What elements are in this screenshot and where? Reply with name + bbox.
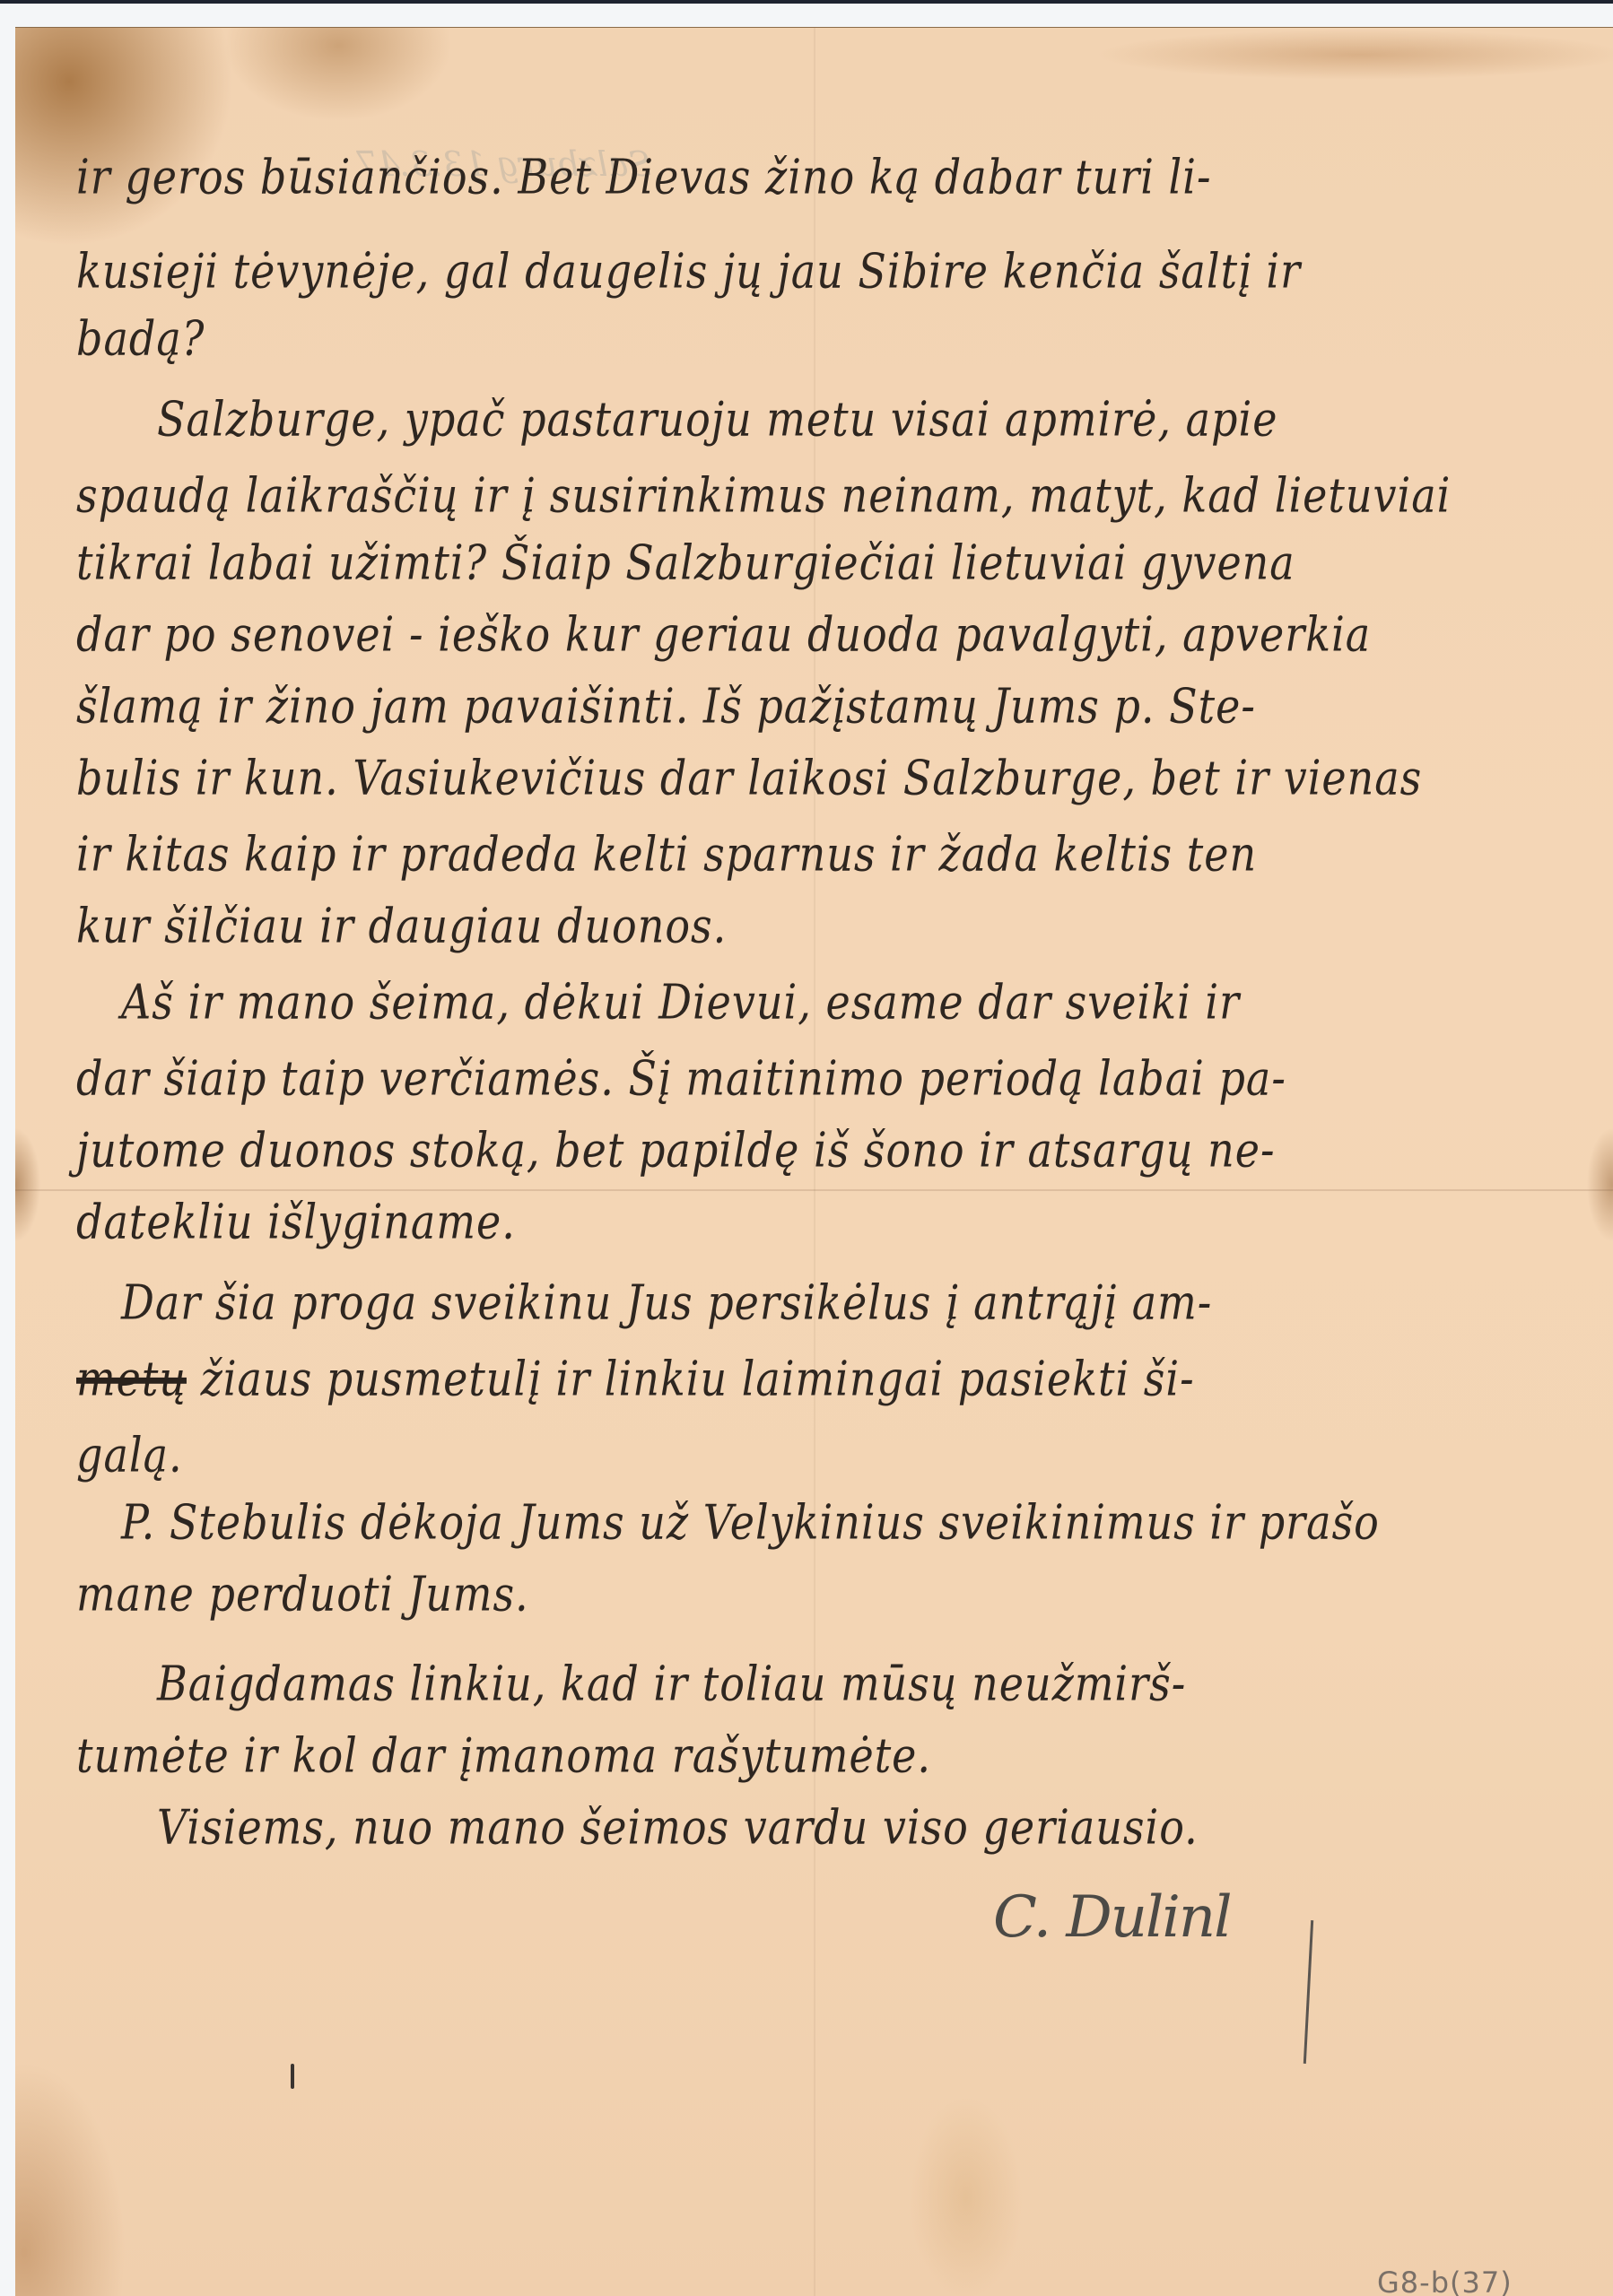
letter-line: datekliu išlyginame. [76, 1194, 516, 1249]
letter-line-text: žiaus pusmetulį ir linkiu laimingai pasi… [201, 1351, 1195, 1406]
letter-line: mane perduoti Jums. [76, 1566, 529, 1622]
letter-line: badą? [76, 310, 205, 366]
letter-line: tumėte ir kol dar įmanoma rašytumėte. [76, 1727, 931, 1783]
letter-line: P. Stebulis dėkoja Jums už Velykinius sv… [121, 1494, 1380, 1550]
letter-line: bulis ir kun. Vasiukevičius dar laikosi … [76, 750, 1422, 805]
letter-line: Baigdamas linkiu, kad ir toliau mūsų neu… [157, 1656, 1186, 1711]
letter-line: kusieji tėvynėje, gal daugelis jų jau Si… [76, 243, 1301, 299]
letter-line: dar po senovei - ieško kur geriau duoda … [76, 606, 1371, 662]
ink-blot [291, 2064, 294, 2089]
letter-line: jutome duonos stoką, bet papildę iš šono… [76, 1122, 1276, 1178]
letter-line: šlamą ir žino jam pavaišinti. Iš pažįsta… [76, 678, 1256, 734]
scanner-edge [0, 0, 1613, 4]
letter-line: metų žiaus pusmetulį ir linkiu laimingai… [76, 1351, 1195, 1406]
letter-line: ir kitas kaip ir pradeda kelti sparnus i… [76, 826, 1257, 882]
letter-line: ir geros būsiančios. Bet Dievas žino ką … [76, 149, 1212, 204]
letter-line: tikrai labai užimti? Šiaip Salzburgiečia… [76, 535, 1295, 590]
letter-line: Salzburge, ypač pastaruoju metu visai ap… [157, 391, 1277, 447]
letter-line: spaudą laikraščių ir į susirinkimus nein… [76, 467, 1451, 523]
signature: C. Dulinl [993, 1884, 1231, 1951]
letter-line: galą. [76, 1427, 183, 1483]
letter-line: Aš ir mano šeima, dėkui Dievui, esame da… [121, 974, 1240, 1030]
letter-line: dar šiaip taip verčiamės. Šį maitinimo p… [76, 1050, 1286, 1106]
signature-flourish [1303, 1920, 1313, 2064]
struck-word: metų [76, 1351, 187, 1406]
letter-line: Visiems, nuo mano šeimos vardu viso geri… [157, 1799, 1199, 1855]
letter-line: Dar šia proga sveikinu Jus persikėlus į … [121, 1274, 1212, 1330]
letter-line: kur šilčiau ir daugiau duonos. [76, 898, 727, 953]
archive-reference: G8-b(37) [1377, 2266, 1513, 2296]
letter-page: Salzburg 13.3.47 ir geros būsiančios. Be… [15, 27, 1613, 2296]
